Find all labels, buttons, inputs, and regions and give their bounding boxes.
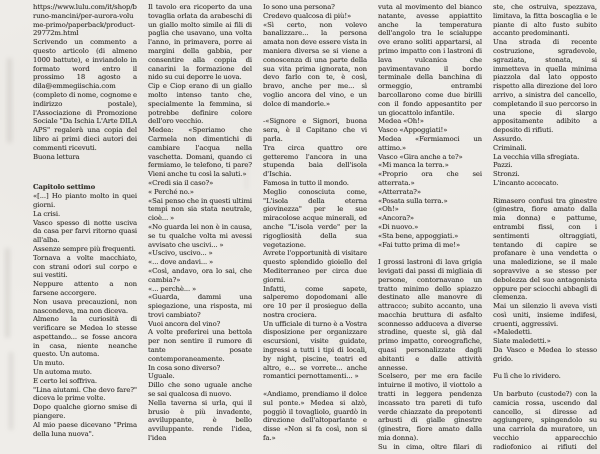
paragraph: «Fai tutto prima di me!» — [378, 241, 482, 250]
paragraph: Uguale. — [148, 372, 252, 381]
paragraph: Medea «Fermiamoci un attimo.» — [378, 135, 482, 153]
paragraph: «Sta bene, appoggiati.» — [378, 232, 482, 241]
paragraph: «Di nuovo.» — [378, 223, 482, 232]
paragraph: «Guarda, dammi una spiegazione, una risp… — [148, 293, 252, 319]
scan-smudge — [9, 352, 13, 430]
paragraph: Mai un silenzio li aveva visti così unit… — [493, 302, 597, 328]
scanned-book-page: https://www.lulu.com/it/shop/bruno-manci… — [0, 0, 600, 454]
paragraph: Pazzi. — [493, 161, 597, 170]
paragraph: «Sai penso che in questi ultimi tempi no… — [148, 197, 252, 223]
paragraph: Rimasero confusi tra ginestre (ginestra,… — [493, 197, 597, 303]
text-columns: https://www.lulu.com/it/shop/bruno-manci… — [33, 3, 597, 452]
paragraph: Medea «Oh!» — [378, 117, 482, 126]
paragraph: Non usava precauzioni, non nascondeva, m… — [33, 298, 137, 316]
chapter-heading: Capitolo settimo — [33, 183, 137, 192]
paragraph: "Lina aiutami. Che devo fare?" diceva le… — [33, 386, 137, 404]
paragraph: Infatti, come sapete, salperemo dopodoma… — [263, 285, 367, 320]
paragraph: A volte preferirei una bettola per non s… — [148, 328, 252, 363]
paragraph: «... dove andavi... » — [148, 258, 252, 267]
paragraph: «Credi sia il caso?» — [148, 179, 252, 188]
paragraph: E certo lei soffriva. — [33, 377, 137, 386]
paragraph: «Andiamo, prendiamo il dolce sul ponte.»… — [263, 390, 367, 443]
paragraph-gap — [493, 188, 597, 197]
paragraph: La vecchia villa sfregiata. — [493, 153, 597, 162]
paragraph: vuta al movimento del bianco natante, av… — [378, 3, 482, 117]
paragraph: Su in cima, oltre filari di limoni ed ol… — [378, 443, 482, 452]
paragraph: «... perchè... » — [148, 285, 252, 294]
paragraph: Tornava a volte macchiato, con strani od… — [33, 254, 137, 280]
paragraph: «[...] Ho pianto molto in quei giorni. — [33, 192, 137, 210]
paragraph: Criminali. — [493, 144, 597, 153]
paragraph: Un barbuto (custode?) con la camicia ros… — [493, 390, 597, 452]
paragraph: ste, che ostruiva, spezzava, limitava, l… — [493, 3, 597, 38]
paragraph: -«Signore e Signori, buona sera, è il Ca… — [263, 117, 367, 143]
paragraph: «Maledetti. — [493, 328, 597, 337]
paragraph: Il tavolo era ricoperto da una tovaglia … — [148, 3, 252, 82]
paragraph: Medea: «Speriamo che Carmela non dimenti… — [148, 126, 252, 179]
paragraph: Famosa in tutto il mondo. — [263, 179, 367, 188]
paragraph: Stronzi. — [493, 170, 597, 179]
scan-smudge — [5, 248, 10, 338]
paragraph: Al mio paese dicevano "Prima della luna … — [33, 421, 137, 439]
paragraph: «Così, andavo, ora lo sai, che cambia?» — [148, 267, 252, 285]
paragraph: Assenze sempre più frequenti. — [33, 245, 137, 254]
paragraph: Una strada di recente costruzione, sgrad… — [493, 38, 597, 135]
paragraph: Nella taverna si urla, qui il brusio è p… — [148, 399, 252, 443]
text-column-4: vuta al movimento del bianco natante, av… — [378, 3, 482, 452]
paragraph-gap — [493, 381, 597, 390]
text-column-1: https://www.lulu.com/it/shop/bruno-manci… — [33, 3, 137, 452]
paragraph: Almeno la curiosità di verificare se Med… — [33, 315, 137, 359]
paragraph: Fu lì che lo rividero. — [493, 372, 597, 381]
text-column-2: Il tavolo era ricoperto da una tovaglia … — [148, 3, 252, 452]
text-column-3: Io sono una persona?Credevo qualcosa di … — [263, 3, 367, 452]
paragraph: Un ufficiale di turno è a Vostra disposi… — [263, 320, 367, 382]
paragraph: Cip e Ciop erano di un giallo molto inte… — [148, 82, 252, 126]
paragraph: «No guarda lei non è in causa, se tu qua… — [148, 223, 252, 249]
paragraph-gap — [33, 161, 137, 183]
paragraph: Da Vasco e Medea lo stesso grido. — [493, 346, 597, 364]
paragraph: Meglio conosciuta come, "L'isola della e… — [263, 188, 367, 250]
paragraph: Dillo che sono uguale anche se sai qualc… — [148, 381, 252, 399]
paragraph: Tra circa quattro ore getteremo l'ancora… — [263, 144, 367, 179]
text-column-5: ste, che ostruiva, spezzava, limitava, l… — [493, 3, 597, 452]
paragraph-gap — [378, 249, 482, 258]
paragraph: Credevo qualcosa di più!» — [263, 12, 367, 21]
paragraph: Un automa muto. — [33, 368, 137, 377]
paragraph: Neppure attento a non farsene accorgere. — [33, 280, 137, 298]
paragraph: « Perché no.» — [148, 188, 252, 197]
paragraph: «Proprio ora che sei atterrata.» — [378, 170, 482, 188]
paragraph: «Atterrata?» — [378, 188, 482, 197]
paragraph: «Oh!» — [378, 205, 482, 214]
paragraph: I grossi lastroni di lava grigia levigat… — [378, 258, 482, 372]
paragraph: Vasco «Appoggiati!» — [378, 126, 482, 135]
paragraph: Scrivendo un commento a questo articolo … — [33, 38, 137, 152]
paragraph: Assurdo. — [493, 135, 597, 144]
paragraph: Scelsero, per me era facile intuirne il … — [378, 372, 482, 442]
paragraph: L'incanto accecato. — [493, 179, 597, 188]
paragraph: Un muto. — [33, 359, 137, 368]
paragraph: «Posata sulla terra.» — [378, 197, 482, 206]
paragraph: «Mi manca la terra.» — [378, 161, 482, 170]
paragraph: Siate maledetti.» — [493, 337, 597, 346]
paragraph: Dopo qualche giorno smise di piangere. — [33, 403, 137, 421]
scan-smudge — [7, 58, 12, 143]
paragraph: «Uscivo, uscivo... » — [148, 249, 252, 258]
paragraph: Avrete l'opportunità di visitare questo … — [263, 249, 367, 284]
paragraph: «Ancora?» — [378, 214, 482, 223]
paragraph: Vasco spesso di notte usciva da casa per… — [33, 219, 137, 245]
paragraph: La crisi. — [33, 210, 137, 219]
paragraph: Io sono una persona? — [263, 3, 367, 12]
paragraph: «Sì certo, non volevo banalizzare... la … — [263, 21, 367, 109]
book-url-text: https://www.lulu.com/it/shop/bruno-manci… — [33, 3, 137, 38]
paragraph-gap — [263, 381, 367, 390]
paragraph: Buona lettura — [33, 153, 137, 162]
